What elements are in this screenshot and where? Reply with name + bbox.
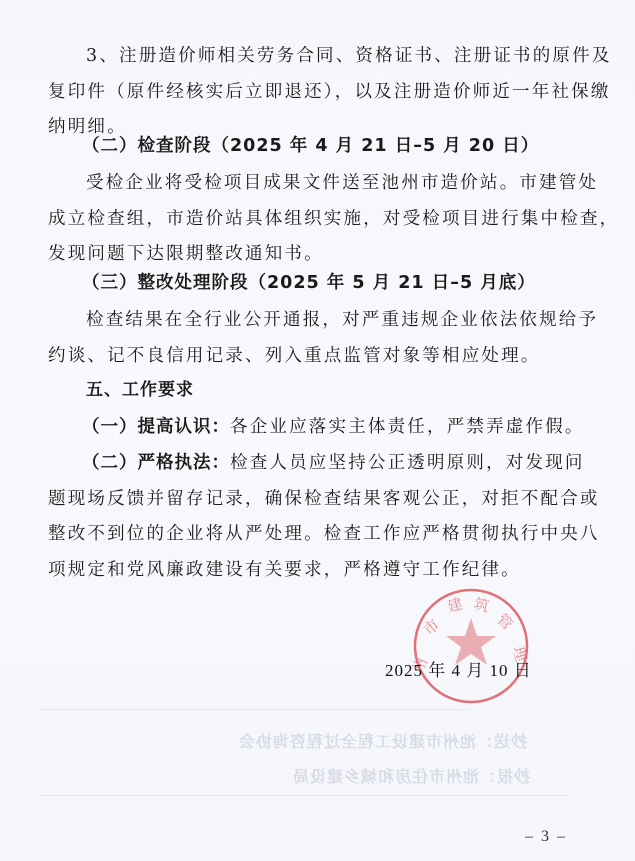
stage2-line-2: 成立检查组，市造价站具体组织实施，对受检项目进行集中检查， (48, 208, 619, 230)
svg-text:市: 市 (420, 616, 443, 639)
bleed-rule-bottom (40, 795, 570, 796)
requirement-2-line-3: 整改不到位的企业将从严处理。检查工作应严格贯彻执行中央八 (48, 523, 600, 545)
stage2-heading: （二）检查阶段（2025 年 4 月 21 日–5 月 20 日） (82, 135, 539, 157)
stage3-line-2: 约谈、记不良信用记录、列入重点监管对象等相应处理。 (48, 345, 541, 367)
item3-line-2: 复印件（原件经核实后立即退还），以及注册造价师近一年社保缴 (48, 81, 611, 103)
requirement-1-label: （一）提高认识： (82, 417, 230, 437)
page-number: – 3 – (525, 828, 567, 846)
stage2-line-3: 发现问题下达限期整改通知书。 (48, 243, 324, 265)
stage3-line-1: 检查结果在全行业公开通报，对严重违规企业依法依规给予 (86, 309, 598, 331)
item3-line-1: 3、注册造价师相关劳务合同、资格证书、注册证书的原件及 (86, 45, 612, 67)
bleed-rule-top (40, 709, 470, 710)
issue-date: 2025 年 4 月 10 日 (385, 656, 532, 681)
requirement-1: （一）提高认识：各企业应落实主体责任，严禁弄虚作假。 (82, 416, 585, 438)
bleed-report-line: 抄报：池州市住房和城乡建设局 (292, 764, 530, 787)
requirement-2-line-4: 项规定和党风廉政建设有关要求，严格遵守工作纪律。 (48, 559, 521, 581)
requirement-2-line-2: 题现场反馈并留存记录，确保检查结果客观公正，对拒不配合或 (48, 488, 600, 510)
stage2-line-1: 受检企业将受检项目成果文件送至池州市造价站。市建管处 (86, 172, 598, 194)
requirement-2-text: 检查人员应坚持公正透明原则，对发现问 (230, 453, 585, 473)
svg-text:建: 建 (445, 595, 464, 616)
requirement-1-text: 各企业应落实主体责任，严禁弄虚作假。 (230, 417, 585, 437)
svg-text:管: 管 (493, 610, 516, 633)
requirement-2: （二）严格执法：检查人员应坚持公正透明原则，对发现问 (82, 452, 585, 474)
official-seal-icon: 州 市 建 筑 管 理 (411, 586, 531, 706)
stage3-heading: （三）整改处理阶段（2025 年 5 月 21 日–5 月底） (82, 272, 536, 294)
document-page: 3、注册造价师相关劳务合同、资格证书、注册证书的原件及 复印件（原件经核实后立即… (0, 0, 635, 861)
svg-text:筑: 筑 (472, 594, 491, 615)
section5-heading: 五、工作要求 (86, 379, 194, 401)
bleed-cc-line: 抄送：池州市建设工程全过程咨询协会 (238, 729, 527, 752)
requirement-2-label: （二）严格执法： (82, 453, 230, 473)
